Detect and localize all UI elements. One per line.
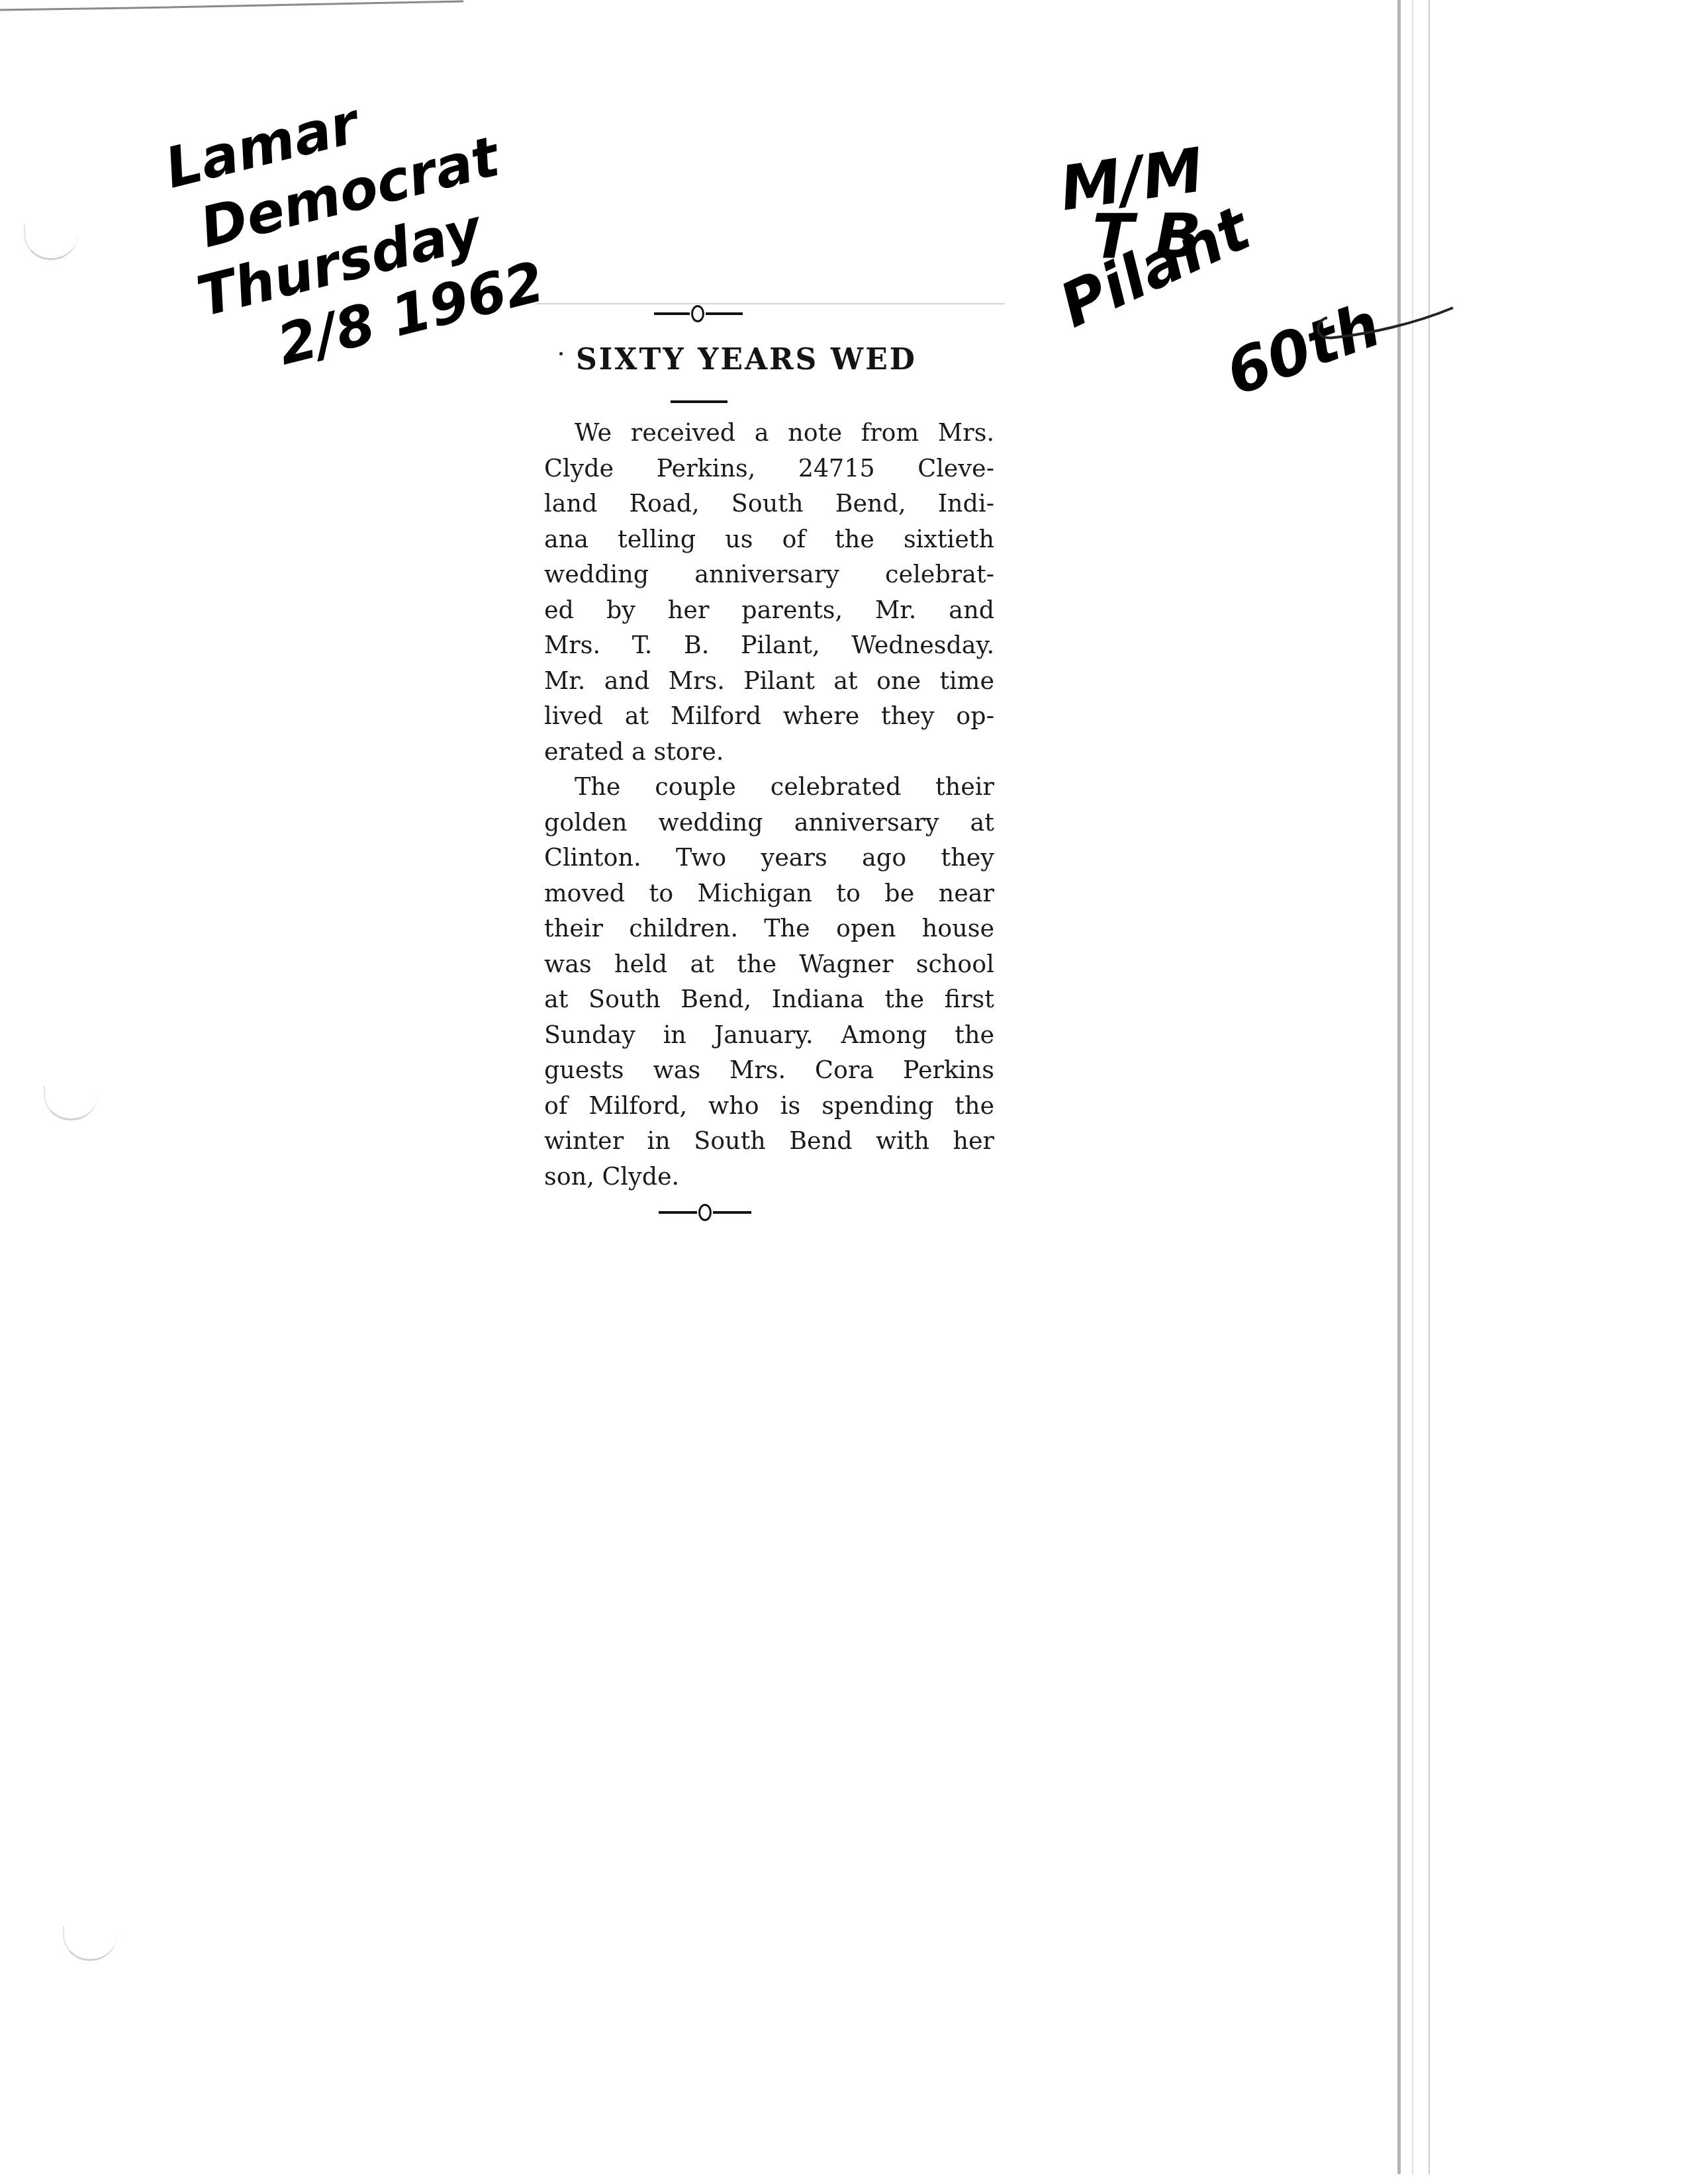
scan-shadow-edge bbox=[0, 0, 463, 13]
article-line: golden wedding anniversary at bbox=[544, 805, 994, 841]
article-headline: SIXTY YEARS WED bbox=[576, 343, 1039, 377]
top-ornament-divider bbox=[654, 305, 743, 322]
handwritten-source-note: Lamar Democrat Thursday 2/8 1962 bbox=[152, 56, 551, 396]
article-line: We received a note from Mrs. bbox=[544, 415, 994, 451]
handwritten-flourish bbox=[1314, 304, 1460, 377]
binder-hole-mark bbox=[44, 1085, 98, 1120]
scanned-page: Lamar Democrat Thursday 2/8 1962 M/M T B… bbox=[0, 0, 1688, 2184]
article-line: ana telling us of the sixtieth bbox=[544, 522, 994, 557]
binder-hole-mark bbox=[24, 225, 78, 260]
binder-hole-mark bbox=[63, 1926, 117, 1961]
article-line: Mrs. T. B. Pilant, Wednesday. bbox=[544, 627, 994, 663]
article-line: moved to Michigan to be near bbox=[544, 876, 994, 911]
article-line: of Milford, who is spending the bbox=[544, 1088, 994, 1124]
article-line: wedding anniversary celebrat- bbox=[544, 557, 994, 592]
article-line: was held at the Wagner school bbox=[544, 946, 994, 982]
article-line: lived at Milford where they op- bbox=[544, 698, 994, 734]
bottom-ornament-divider bbox=[659, 1204, 751, 1221]
article-body: We received a note from Mrs. Clyde Perki… bbox=[544, 415, 994, 1194]
article-line: Sunday in January. Among the bbox=[544, 1017, 994, 1053]
print-speck bbox=[559, 352, 563, 355]
article-line: Clyde Perkins, 24715 Cleve- bbox=[544, 451, 994, 486]
article-line: at South Bend, Indiana the first bbox=[544, 981, 994, 1017]
article-line: their children. The open house bbox=[544, 911, 994, 946]
article-line: winter in South Bend with her bbox=[544, 1123, 994, 1159]
article-line: Mr. and Mrs. Pilant at one time bbox=[544, 663, 994, 699]
headline-underline bbox=[671, 400, 727, 403]
article-line: land Road, South Bend, Indi- bbox=[544, 486, 994, 522]
clipping-top-edge bbox=[535, 303, 1005, 304]
article-line: guests was Mrs. Cora Perkins bbox=[544, 1052, 994, 1088]
article-line: Clinton. Two years ago they bbox=[544, 840, 994, 876]
article-line: The couple celebrated their bbox=[544, 769, 994, 805]
article-line: son, Clyde. bbox=[544, 1159, 994, 1195]
article-line: ed by her parents, Mr. and bbox=[544, 592, 994, 628]
article-line: erated a store. bbox=[544, 734, 994, 770]
